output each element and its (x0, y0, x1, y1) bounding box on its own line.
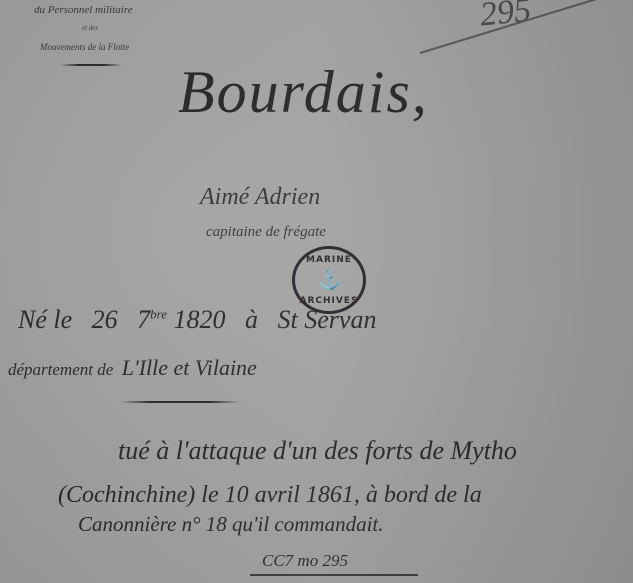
anchor-icon: ⚓ (295, 269, 363, 289)
stamp-top-text: MARINE (295, 255, 363, 265)
reference-underline (250, 574, 418, 576)
header-line-1: du Personnel militaire (34, 4, 133, 16)
department-name: L'Ille et Vilaine (122, 355, 257, 380)
department-prefix: département de (8, 360, 113, 379)
section-divider (120, 401, 240, 403)
header-line-2: et des (82, 24, 98, 32)
header-divider (60, 64, 122, 66)
department-line: département de L'Ille et Vilaine (8, 355, 257, 381)
death-note-line-2: (Cochinchine) le 10 avril 1861, à bord d… (58, 482, 482, 509)
archive-reference: CC7 mo 295 (262, 551, 348, 571)
header-line-3: Mouvements de la Flotte (40, 42, 129, 52)
marine-archives-stamp: MARINE ⚓ ARCHIVES (292, 246, 366, 314)
given-names: Aimé Adrien (200, 184, 320, 211)
birth-preposition: à (245, 305, 258, 334)
birth-month-sup: bre (150, 306, 167, 321)
death-note-line-3: Canonnière n° 18 qu'il commandait. (78, 512, 384, 537)
birth-line: Né le 26 7bre 1820 à St Servan (18, 305, 376, 335)
birth-prefix: Né le (18, 305, 72, 334)
birth-year: 1820 (174, 305, 226, 334)
file-number: 295 (478, 0, 533, 35)
birth-place: St Servan (278, 305, 377, 334)
rank: capitaine de frégate (206, 224, 326, 241)
surname: Bourdais, (178, 58, 429, 127)
birth-day: 26 (92, 305, 118, 334)
birth-month: 7 (137, 305, 150, 334)
death-note-line-1: tué à l'attaque d'un des forts de Mytho (118, 436, 517, 466)
document-page: du Personnel militaire et des Mouvements… (0, 0, 633, 583)
